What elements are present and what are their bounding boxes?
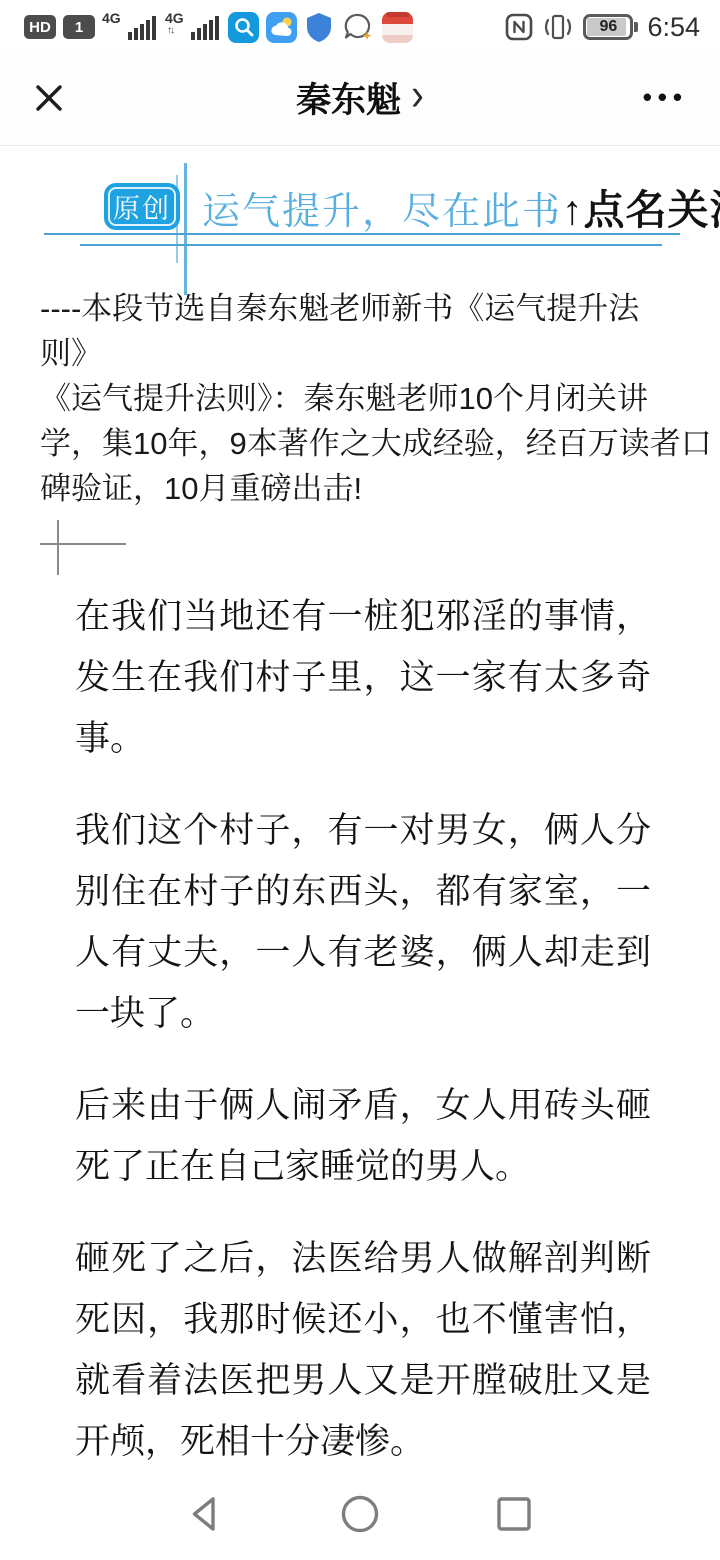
intro-line: 学，集10年，9本著作之大成经验，经百万读者口	[40, 421, 710, 466]
banner-vertical-line	[184, 163, 187, 295]
promo-banner[interactable]: 原创 运气提升，尽在此书 ↑点名关注	[40, 163, 685, 295]
back-button[interactable]	[181, 1489, 231, 1539]
nav-bar: 秦东魁 › •••	[0, 50, 720, 146]
cross-horizontal-line	[40, 543, 126, 545]
status-bar: HD 1 4G 4G ↑↓	[0, 0, 720, 50]
home-icon	[336, 1490, 384, 1538]
cross-decoration	[40, 520, 130, 578]
paragraph: 砸死了之后，法医给男人做解剖判断死因，我那时候还小，也不懂害怕，就看着法医把男人…	[75, 1228, 651, 1472]
status-time: 6:54	[647, 12, 700, 43]
red-packet-app-icon	[382, 12, 413, 43]
vibrate-icon	[542, 13, 574, 41]
more-button[interactable]: •••	[639, 78, 692, 117]
status-left-icons: HD 1 4G 4G ↑↓	[24, 11, 413, 43]
phone-screen: HD 1 4G 4G ↑↓	[0, 0, 720, 1560]
android-nav-bar	[0, 1468, 720, 1560]
close-button[interactable]	[28, 77, 70, 119]
status-right-icons: 96 6:54	[505, 12, 700, 43]
signal-strength-icon: 4G	[102, 12, 158, 42]
more-icon: •••	[643, 82, 688, 113]
home-button[interactable]	[335, 1489, 385, 1539]
original-badge: 原创	[104, 183, 180, 230]
chat-bubble-icon	[341, 11, 375, 43]
page-title[interactable]: 秦东魁 ›	[296, 73, 424, 123]
hd-indicator: HD	[24, 15, 56, 39]
close-icon	[32, 81, 66, 115]
banner-horizontal-line	[44, 233, 680, 235]
sim1-indicator: 1	[63, 15, 95, 39]
battery-percent: 96	[586, 17, 630, 37]
recents-icon	[490, 1490, 538, 1538]
chevron-right-icon: ›	[411, 70, 424, 122]
paragraph: 后来由于俩人闹矛盾，女人用砖头砸死了正在自己家睡觉的男人。	[75, 1075, 651, 1197]
intro-line: ----本段节选自秦东魁老师新书《运气提升法	[40, 286, 710, 331]
intro-line: 《运气提升法则》：秦东魁老师10个月闭关讲	[40, 376, 710, 421]
paragraph: 在我们当地还有一桩犯邪淫的事情，发生在我们村子里，这一家有太多奇事。	[75, 586, 651, 769]
headline-dark-text: ↑点名关注	[562, 177, 720, 236]
paragraph: 我们这个村子，有一对男女，俩人分别住在村子的东西头，都有家室，一人有丈夫，一人有…	[75, 800, 651, 1044]
search-app-icon	[228, 12, 259, 43]
signal-bars-icon	[191, 14, 221, 40]
headline-blue-text: 运气提升，尽在此书	[202, 180, 562, 235]
signal-strength-2-icon: 4G ↑↓	[165, 12, 221, 42]
account-name: 秦东魁	[296, 73, 401, 123]
banner-horizontal-line	[80, 244, 662, 246]
intro-line: 则》	[40, 331, 710, 376]
back-icon	[182, 1490, 230, 1538]
signal-bars-icon	[128, 14, 158, 40]
recents-button[interactable]	[489, 1489, 539, 1539]
nfc-icon	[505, 13, 533, 41]
badge-label: 原创	[113, 187, 171, 226]
article-body: 在我们当地还有一桩犯邪淫的事情，发生在我们村子里，这一家有太多奇事。 我们这个村…	[75, 586, 651, 1503]
shield-icon	[304, 11, 334, 43]
article-intro: ----本段节选自秦东魁老师新书《运气提升法 则》 《运气提升法则》：秦东魁老师…	[40, 286, 710, 511]
updown-arrows-icon: ↑↓	[167, 25, 173, 36]
battery-icon: 96	[583, 14, 633, 40]
banner-headline: 运气提升，尽在此书 ↑点名关注	[202, 177, 720, 236]
cross-vertical-line	[57, 520, 59, 575]
intro-line: 碑验证，10月重磅出击!	[40, 466, 710, 511]
weather-app-icon	[266, 12, 297, 43]
